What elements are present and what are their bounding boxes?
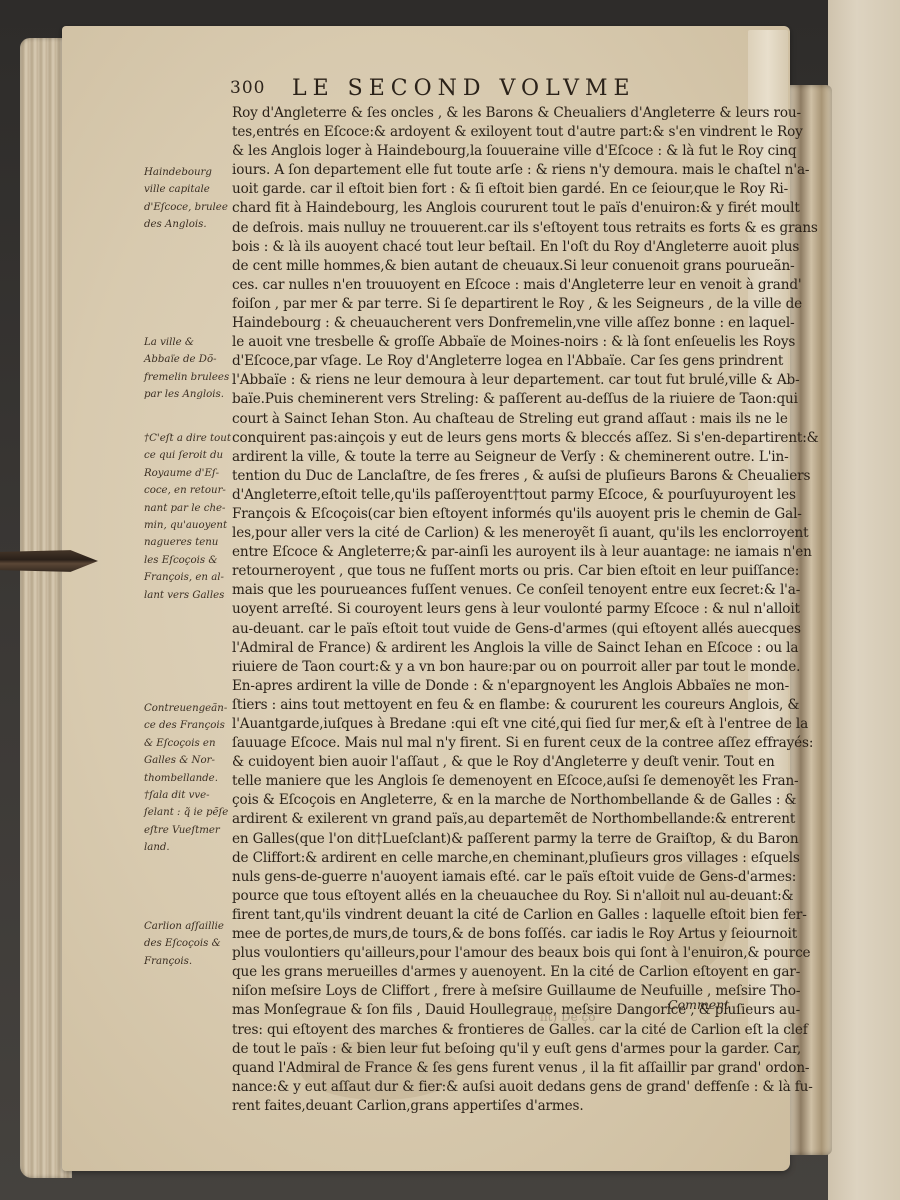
- text-line: ſauuage Eſcoce. Mais nul mal n'y firent.…: [232, 734, 752, 753]
- marginal-note-line: ce des François: [144, 717, 234, 734]
- text-line: nance:& y eut aſſaut dur & fier:& auſsi …: [232, 1078, 752, 1097]
- text-line: rent faites,deuant Carlion,grans apperti…: [232, 1097, 752, 1116]
- marginal-note-line: land.: [144, 839, 234, 856]
- text-line: conquirent pas:ainçois y eut de leurs ge…: [232, 429, 752, 448]
- text-line: telle maniere que les Anglois ſe demenoy…: [232, 772, 752, 791]
- text-line: tention du Duc de Lanclaſtre, de ſes fre…: [232, 467, 752, 486]
- marginal-note-line: ville capitale: [144, 181, 234, 198]
- catchword: Comment: [668, 997, 729, 1012]
- marginal-note-line: des Anglois.: [144, 216, 234, 233]
- marginal-note-line: La ville &: [144, 334, 234, 351]
- text-line: de deſrois. mais nulluy ne trouuerent.ca…: [232, 219, 752, 238]
- text-line: firent tant,qu'ils vindrent deuant la ci…: [232, 906, 752, 925]
- marginal-note-line: des Eſcoçois &: [144, 935, 234, 952]
- text-line: François & Eſcoçois(car bien eſtoyent in…: [232, 505, 752, 524]
- text-line: d'Eſcoce,par vſage. Le Roy d'Angleterre …: [232, 352, 752, 371]
- marginal-note: †C'eſt a dire toutce qui ſeroit duRoyaum…: [144, 430, 234, 604]
- marginal-note-line: par les Anglois.: [144, 386, 234, 403]
- text-line: court à Sainct Iehan Ston. Au chaſteau d…: [232, 410, 752, 429]
- text-line: l'Auantgarde,iuſques à Bredane :qui eſt …: [232, 715, 752, 734]
- text-line: bois : & là ils auoyent chacé tout leur …: [232, 238, 752, 257]
- marginal-note-line: Galles & Nor-: [144, 752, 234, 769]
- marginal-note-line: eſtre Vueſtmer: [144, 822, 234, 839]
- text-line: Roy d'Angleterre & ſes oncles , & les Ba…: [232, 104, 752, 123]
- marginal-note-line: Royaume d'Eſ-: [144, 465, 234, 482]
- marginal-note: Contreuengeãn-ce des François& Eſcoçois …: [144, 700, 234, 857]
- marginal-note-line: coce, en retour-: [144, 482, 234, 499]
- marginal-note-line: lant vers Galles: [144, 587, 234, 604]
- text-line: tes,entrés en Eſcoce:& ardoyent & exiloy…: [232, 123, 752, 142]
- text-line: d'Angleterre,eſtoit telle,qu'ils paſſero…: [232, 486, 752, 505]
- text-line: ardirent & exilerent vn grand païs,au de…: [232, 810, 752, 829]
- marginal-note-line: nagueres tenu: [144, 534, 234, 551]
- text-line: entre Eſcoce & Angleterre;& par-ainſi le…: [232, 543, 752, 562]
- text-line: que les grans merueilles d'armes y aueno…: [232, 963, 752, 982]
- marginal-note: Haindebourgville capitaled'Eſcoce, brule…: [144, 164, 234, 234]
- marginal-note-line: Haindebourg: [144, 164, 234, 181]
- text-line: ardirent la ville, & toute la terre au S…: [232, 448, 752, 467]
- text-line: en Galles(que l'on dit†Lueſclant)& paſſe…: [232, 830, 752, 849]
- page-number: 300: [230, 78, 265, 98]
- text-line: iours. A ſon departement elle fut toute …: [232, 161, 752, 180]
- marginal-note-line: Contreuengeãn-: [144, 700, 234, 717]
- marginal-note-line: ſelant : q̃ ie pẽſe: [144, 804, 234, 821]
- marginal-note-line: min, qu'auoyent: [144, 517, 234, 534]
- text-line: plus voulontiers qu'ailleurs,pour l'amou…: [232, 944, 752, 963]
- text-line: çois & Eſcoçois en Angleterre, & en la m…: [232, 791, 752, 810]
- body-text: Roy d'Angleterre & ſes oncles , & les Ba…: [232, 104, 752, 1116]
- marginal-note-line: Abbaïe de Dõ-: [144, 351, 234, 368]
- marginal-note: Carlion aſſailliedes Eſcoçois &François.: [144, 918, 234, 970]
- marginal-note-line: François, en al-: [144, 569, 234, 586]
- text-line: ſtiers : ains tout mettoyent en feu & en…: [232, 696, 752, 715]
- bleed-through-text: lit) De ço: [540, 1010, 595, 1024]
- text-line: Haindebourg : & cheuaucherent vers Donfr…: [232, 314, 752, 333]
- text-line: & les Anglois loger à Haindebourg,la ſou…: [232, 142, 752, 161]
- text-line: tres: qui eſtoyent des marches & frontie…: [232, 1021, 752, 1040]
- text-line: de tout le païs : & bien leur fut beſoin…: [232, 1040, 752, 1059]
- text-line: baïe.Puis cheminerent vers Streling: & p…: [232, 390, 752, 409]
- text-line: retourneroyent , que tous ne fuſſent mor…: [232, 562, 752, 581]
- text-line: En-apres ardirent la ville de Donde : & …: [232, 677, 752, 696]
- text-line: quand l'Admiral de France & ſes gens fur…: [232, 1059, 752, 1078]
- text-line: pource que tous eſtoyent allés en la che…: [232, 887, 752, 906]
- text-line: nuls gens-de-guerre n'auoyent iamais eſt…: [232, 868, 752, 887]
- text-line: riuiere de Taon court:& y a vn bon haure…: [232, 658, 752, 677]
- marginal-note-line: Carlion aſſaillie: [144, 918, 234, 935]
- text-line: chard fit à Haindebourg, les Anglois cou…: [232, 199, 752, 218]
- text-line: ces. car nulles n'en trouuoyent en Eſcoc…: [232, 276, 752, 295]
- text-line: de Cliffort:& ardirent en celle marche,e…: [232, 849, 752, 868]
- text-line: les,pour aller vers la cité de Carlion) …: [232, 524, 752, 543]
- text-line: l'Admiral de France) & ardirent les Angl…: [232, 639, 752, 658]
- text-line: au-deuant. car le païs eſtoit tout vuide…: [232, 620, 752, 639]
- marginal-note-line: d'Eſcoce, brulee: [144, 199, 234, 216]
- next-volume-edge: [828, 0, 900, 1200]
- marginal-note-line: fremelin brulees: [144, 369, 234, 386]
- marginal-note-line: ce qui ſeroit du: [144, 447, 234, 464]
- marginal-note-line: †ſala dit vve-: [144, 787, 234, 804]
- marginal-note-line: †C'eſt a dire tout: [144, 430, 234, 447]
- text-line: de cent mille hommes,& bien autant de ch…: [232, 257, 752, 276]
- marginal-note: La ville &Abbaïe de Dõ-fremelin bruleesp…: [144, 334, 234, 404]
- text-line: mee de portes,de murs,de tours,& de bons…: [232, 925, 752, 944]
- marginal-note-line: nant par le che-: [144, 500, 234, 517]
- text-line: & cuidoyent bien auoir l'aſſaut , & que …: [232, 753, 752, 772]
- text-line: mais que les pourueances fuſſent venues.…: [232, 581, 752, 600]
- marginal-note-line: thombellande.: [144, 770, 234, 787]
- text-line: l'Abbaïe : & riens ne leur demoura à leu…: [232, 371, 752, 390]
- marginal-note-line: & Eſcoçois en: [144, 735, 234, 752]
- text-line: foiſon , par mer & par terre. Si ſe depa…: [232, 295, 752, 314]
- running-head: 300 LE SECOND VOLVME: [230, 76, 750, 106]
- text-line: uoit garde. car il eſtoit bien fort : & …: [232, 180, 752, 199]
- text-line: le auoit vne tresbelle & groſſe Abbaïe d…: [232, 333, 752, 352]
- marginal-note-line: François.: [144, 953, 234, 970]
- volume-title: LE SECOND VOLVME: [292, 76, 636, 101]
- text-line: uoyent arreſté. Si couroyent leurs gens …: [232, 600, 752, 619]
- marginal-note-line: les Eſcoçois &: [144, 552, 234, 569]
